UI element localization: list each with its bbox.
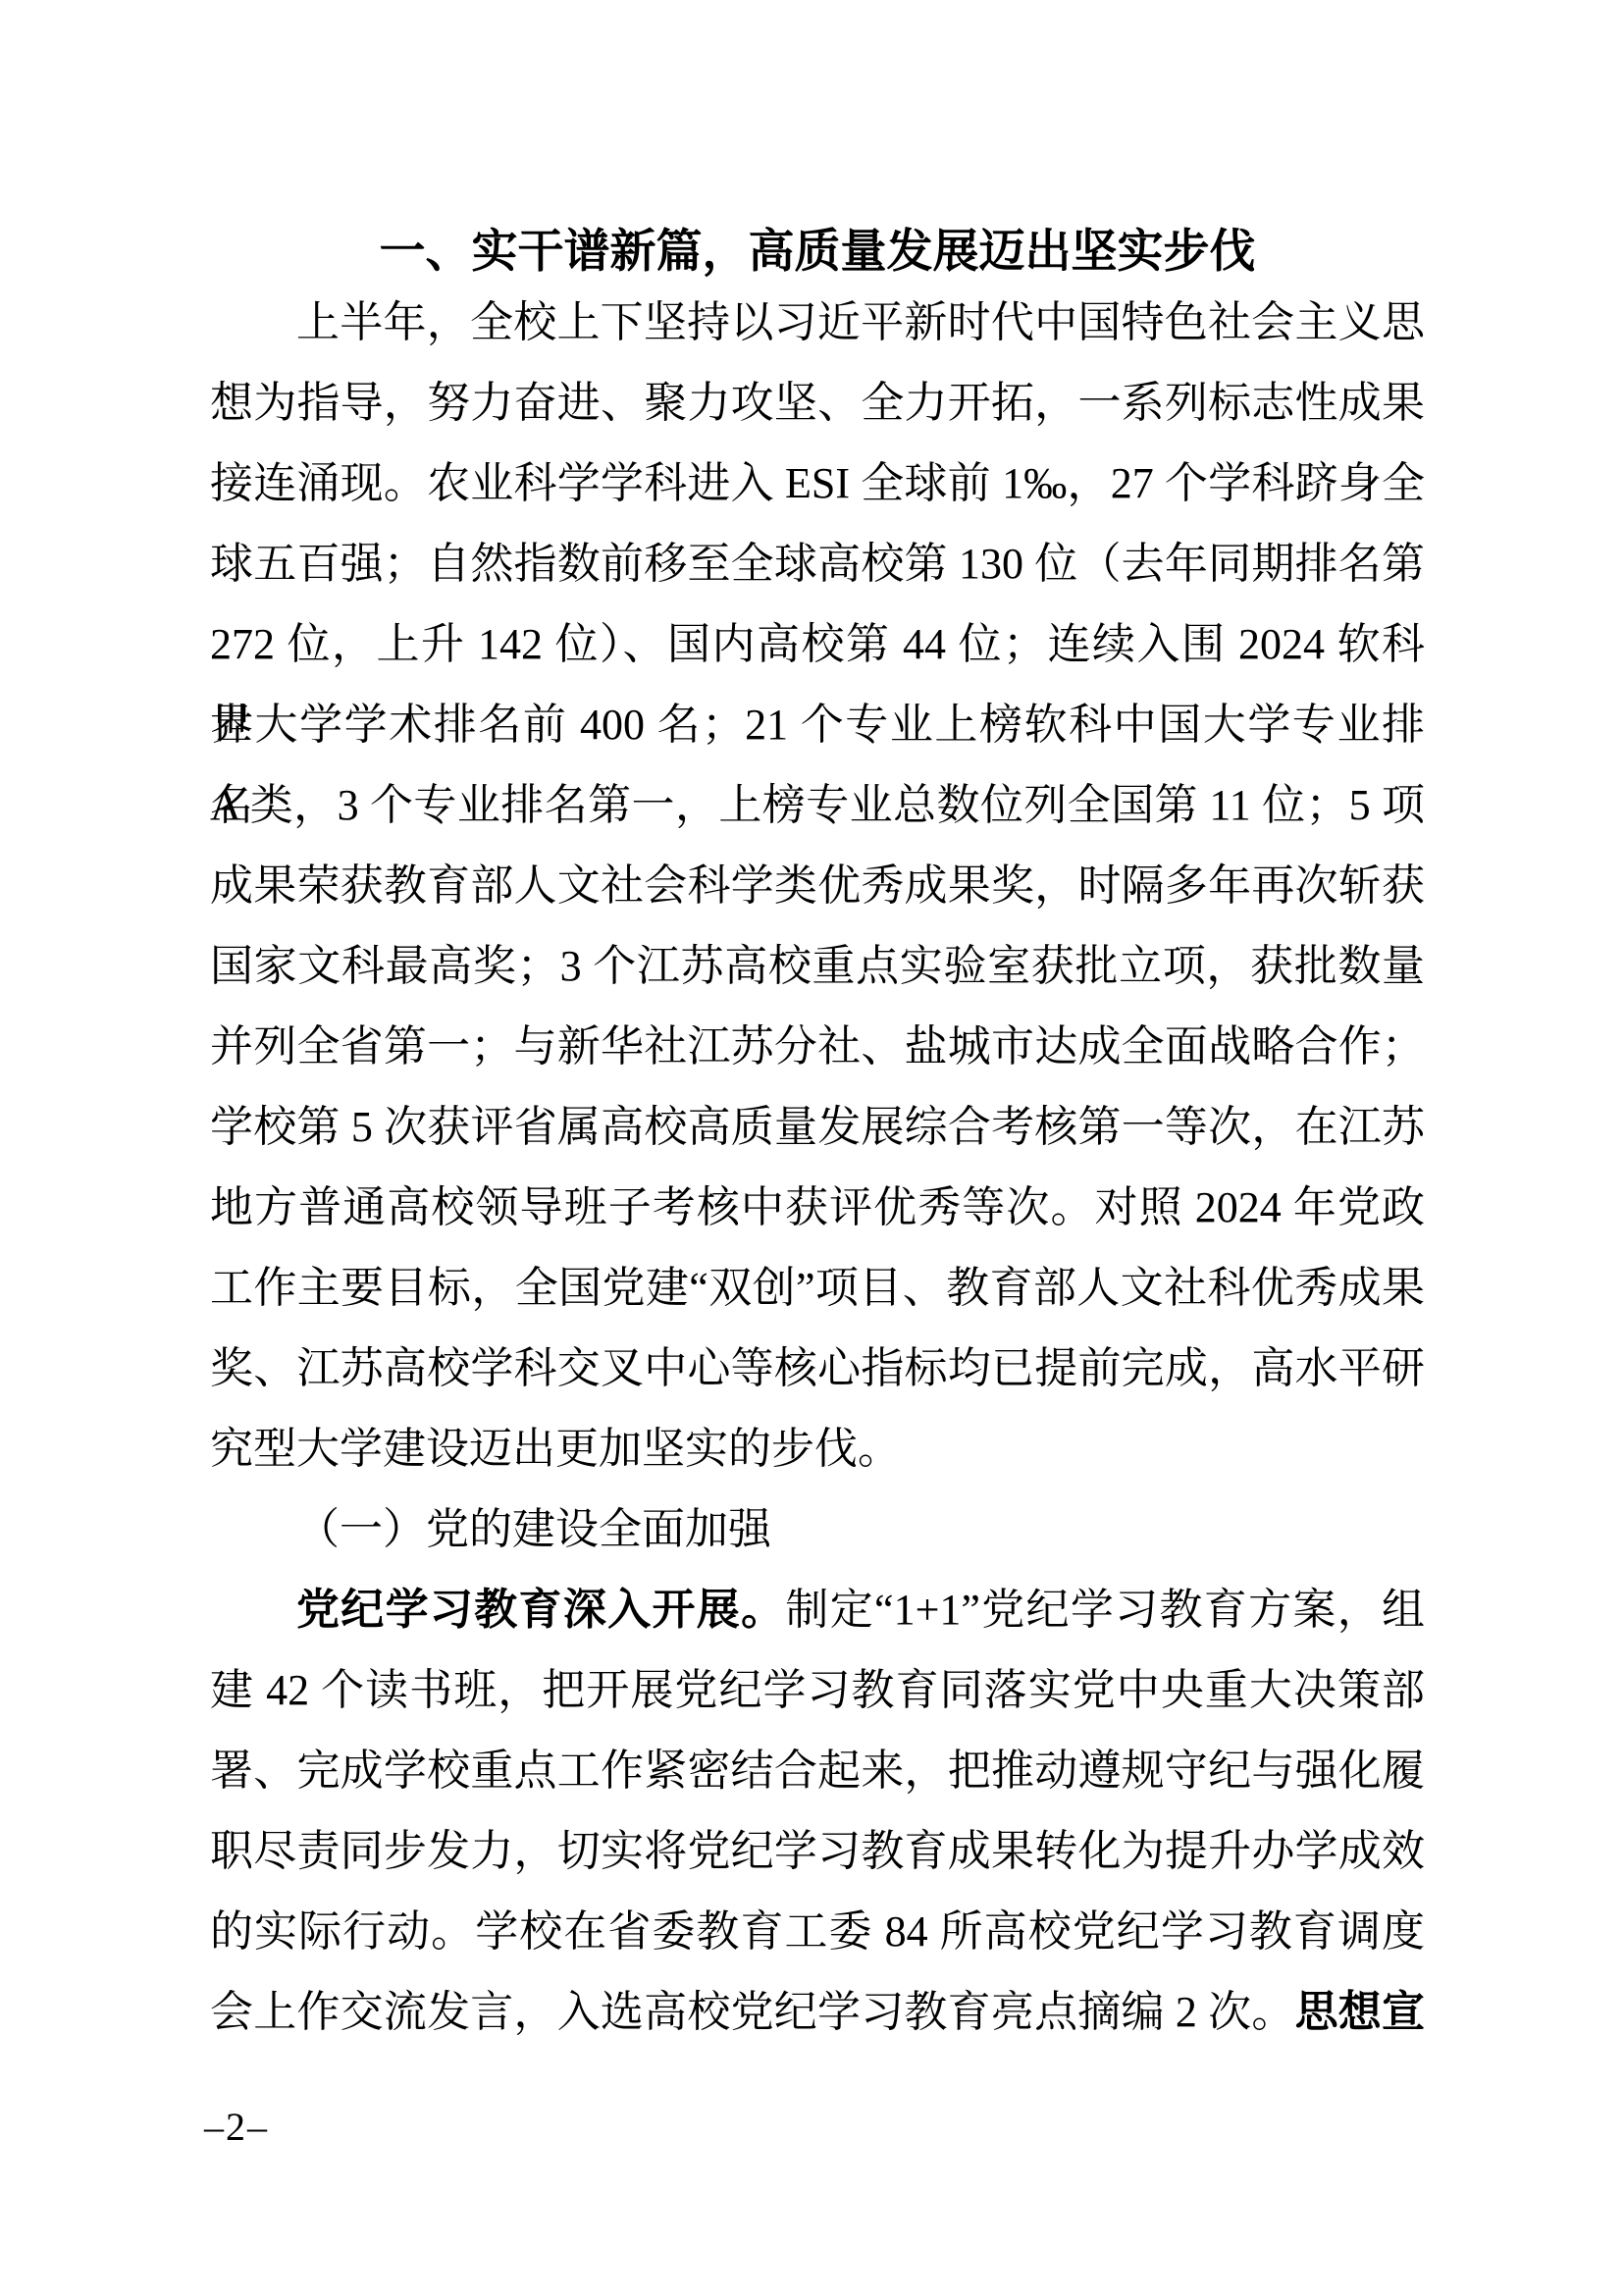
text-segment-normal: 并列全省第一；与新华社江苏分社、盐城市达成全面战略合作； [210, 1022, 1425, 1070]
text-segment-normal: A 类，3 个专业排名第一，上榜专业总数位列全国第 11 位；5 项 [210, 781, 1425, 829]
text-line: 想为指导，努力奋进、聚力攻坚、全力开拓，一系列标志性成果 [210, 363, 1425, 444]
text-segment-normal: 署、完成学校重点工作紧密结合起来，把推动遵规守纪与强化履 [210, 1747, 1425, 1795]
text-line: 并列全省第一；与新华社江苏分社、盐城市达成全面战略合作； [210, 1007, 1425, 1087]
text-segment-normal: 奖、江苏高校学科交叉中心等核心指标均已提前完成，高水平研 [210, 1344, 1425, 1392]
text-line: 界大学学术排名前 400 名；21 个专业上榜软科中国大学专业排名 [210, 685, 1425, 765]
text-segment-normal: 工作主要目标，全国党建“双创”项目、教育部人文社科优秀成果 [210, 1264, 1425, 1312]
text-segment-normal: 想为指导，努力奋进、聚力攻坚、全力开拓，一系列标志性成果 [210, 379, 1425, 427]
text-line: 272 位，上升 142 位）、国内高校第 44 位；连续入围 2024 软科世 [210, 604, 1425, 685]
text-segment-normal: 究型大学建设迈出更加坚实的步伐。 [210, 1425, 901, 1473]
text-segment-normal: 的实际行动。学校在省委教育工委 84 所高校党纪学习教育调度 [210, 1907, 1425, 1956]
text-line: 党纪学习教育深入开展。制定“1+1”党纪学习教育方案，组 [210, 1570, 1425, 1650]
text-segment-normal: 会上作交流发言，入选高校党纪学习教育亮点摘编 2 次。 [210, 1988, 1295, 2036]
document-page: 一、实干谱新篇，高质量发展迈出坚实步伐 上半年，全校上下坚持以习近平新时代中国特… [0, 0, 1624, 2296]
text-line: 会上作交流发言，入选高校党纪学习教育亮点摘编 2 次。思想宣 [210, 1972, 1425, 2053]
text-line: 建 42 个读书班，把开展党纪学习教育同落实党中央重大决策部 [210, 1650, 1425, 1731]
text-segment-normal: 球五百强；自然指数前移至全球高校第 130 位（去年同期排名第 [210, 540, 1425, 588]
text-segment-kaiti: （一）党的建设全面加强 [296, 1505, 771, 1553]
text-line: 究型大学建设迈出更加坚实的步伐。 [210, 1409, 1425, 1489]
text-line: 球五百强；自然指数前移至全球高校第 130 位（去年同期排名第 [210, 524, 1425, 604]
text-line: 的实际行动。学校在省委教育工委 84 所高校党纪学习教育调度 [210, 1892, 1425, 1972]
text-line: 地方普通高校领导班子考核中获评优秀等次。对照 2024 年党政 [210, 1168, 1425, 1248]
text-segment-normal: 职尽责同步发力，切实将党纪学习教育成果转化为提升办学成效 [210, 1827, 1425, 1875]
page-number: –2– [204, 2100, 269, 2154]
text-line: 学校第 5 次获评省属高校高质量发展综合考核第一等次，在江苏 [210, 1087, 1425, 1168]
text-segment-normal: 接连涌现。农业科学学科进入 ESI 全球前 1‰，27 个学科跻身全 [210, 459, 1425, 507]
text-segment-normal: 地方普通高校领导班子考核中获评优秀等次。对照 2024 年党政 [210, 1183, 1425, 1231]
text-line: 接连涌现。农业科学学科进入 ESI 全球前 1‰，27 个学科跻身全 [210, 444, 1425, 524]
text-line: 奖、江苏高校学科交叉中心等核心指标均已提前完成，高水平研 [210, 1329, 1425, 1409]
text-line: 上半年，全校上下坚持以习近平新时代中国特色社会主义思 [210, 283, 1425, 363]
body-text: 上半年，全校上下坚持以习近平新时代中国特色社会主义思想为指导，努力奋进、聚力攻坚… [210, 283, 1425, 2053]
text-segment-normal: 学校第 5 次获评省属高校高质量发展综合考核第一等次，在江苏 [210, 1103, 1425, 1151]
text-line: A 类，3 个专业排名第一，上榜专业总数位列全国第 11 位；5 项 [210, 765, 1425, 846]
text-segment-bold: 党纪学习教育深入开展。 [296, 1586, 785, 1634]
text-segment-normal: 上半年，全校上下坚持以习近平新时代中国特色社会主义思 [296, 298, 1425, 346]
text-line: 署、完成学校重点工作紧密结合起来，把推动遵规守纪与强化履 [210, 1731, 1425, 1811]
text-line: 国家文科最高奖；3 个江苏高校重点实验室获批立项，获批数量 [210, 926, 1425, 1007]
text-segment-normal: 成果荣获教育部人文社会科学类优秀成果奖，时隔多年再次斩获 [210, 861, 1425, 910]
text-segment-normal: 制定“1+1”党纪学习教育方案，组 [785, 1586, 1425, 1634]
text-line: 成果荣获教育部人文社会科学类优秀成果奖，时隔多年再次斩获 [210, 846, 1425, 926]
text-segment-bold: 思想宣 [1295, 1988, 1425, 2036]
text-line: 工作主要目标，全国党建“双创”项目、教育部人文社科优秀成果 [210, 1248, 1425, 1329]
text-line: （一）党的建设全面加强 [210, 1489, 1425, 1570]
text-segment-normal: 建 42 个读书班，把开展党纪学习教育同落实党中央重大决策部 [210, 1666, 1425, 1714]
text-segment-normal: 国家文科最高奖；3 个江苏高校重点实验室获批立项，获批数量 [210, 942, 1425, 990]
text-line: 职尽责同步发力，切实将党纪学习教育成果转化为提升办学成效 [210, 1811, 1425, 1892]
